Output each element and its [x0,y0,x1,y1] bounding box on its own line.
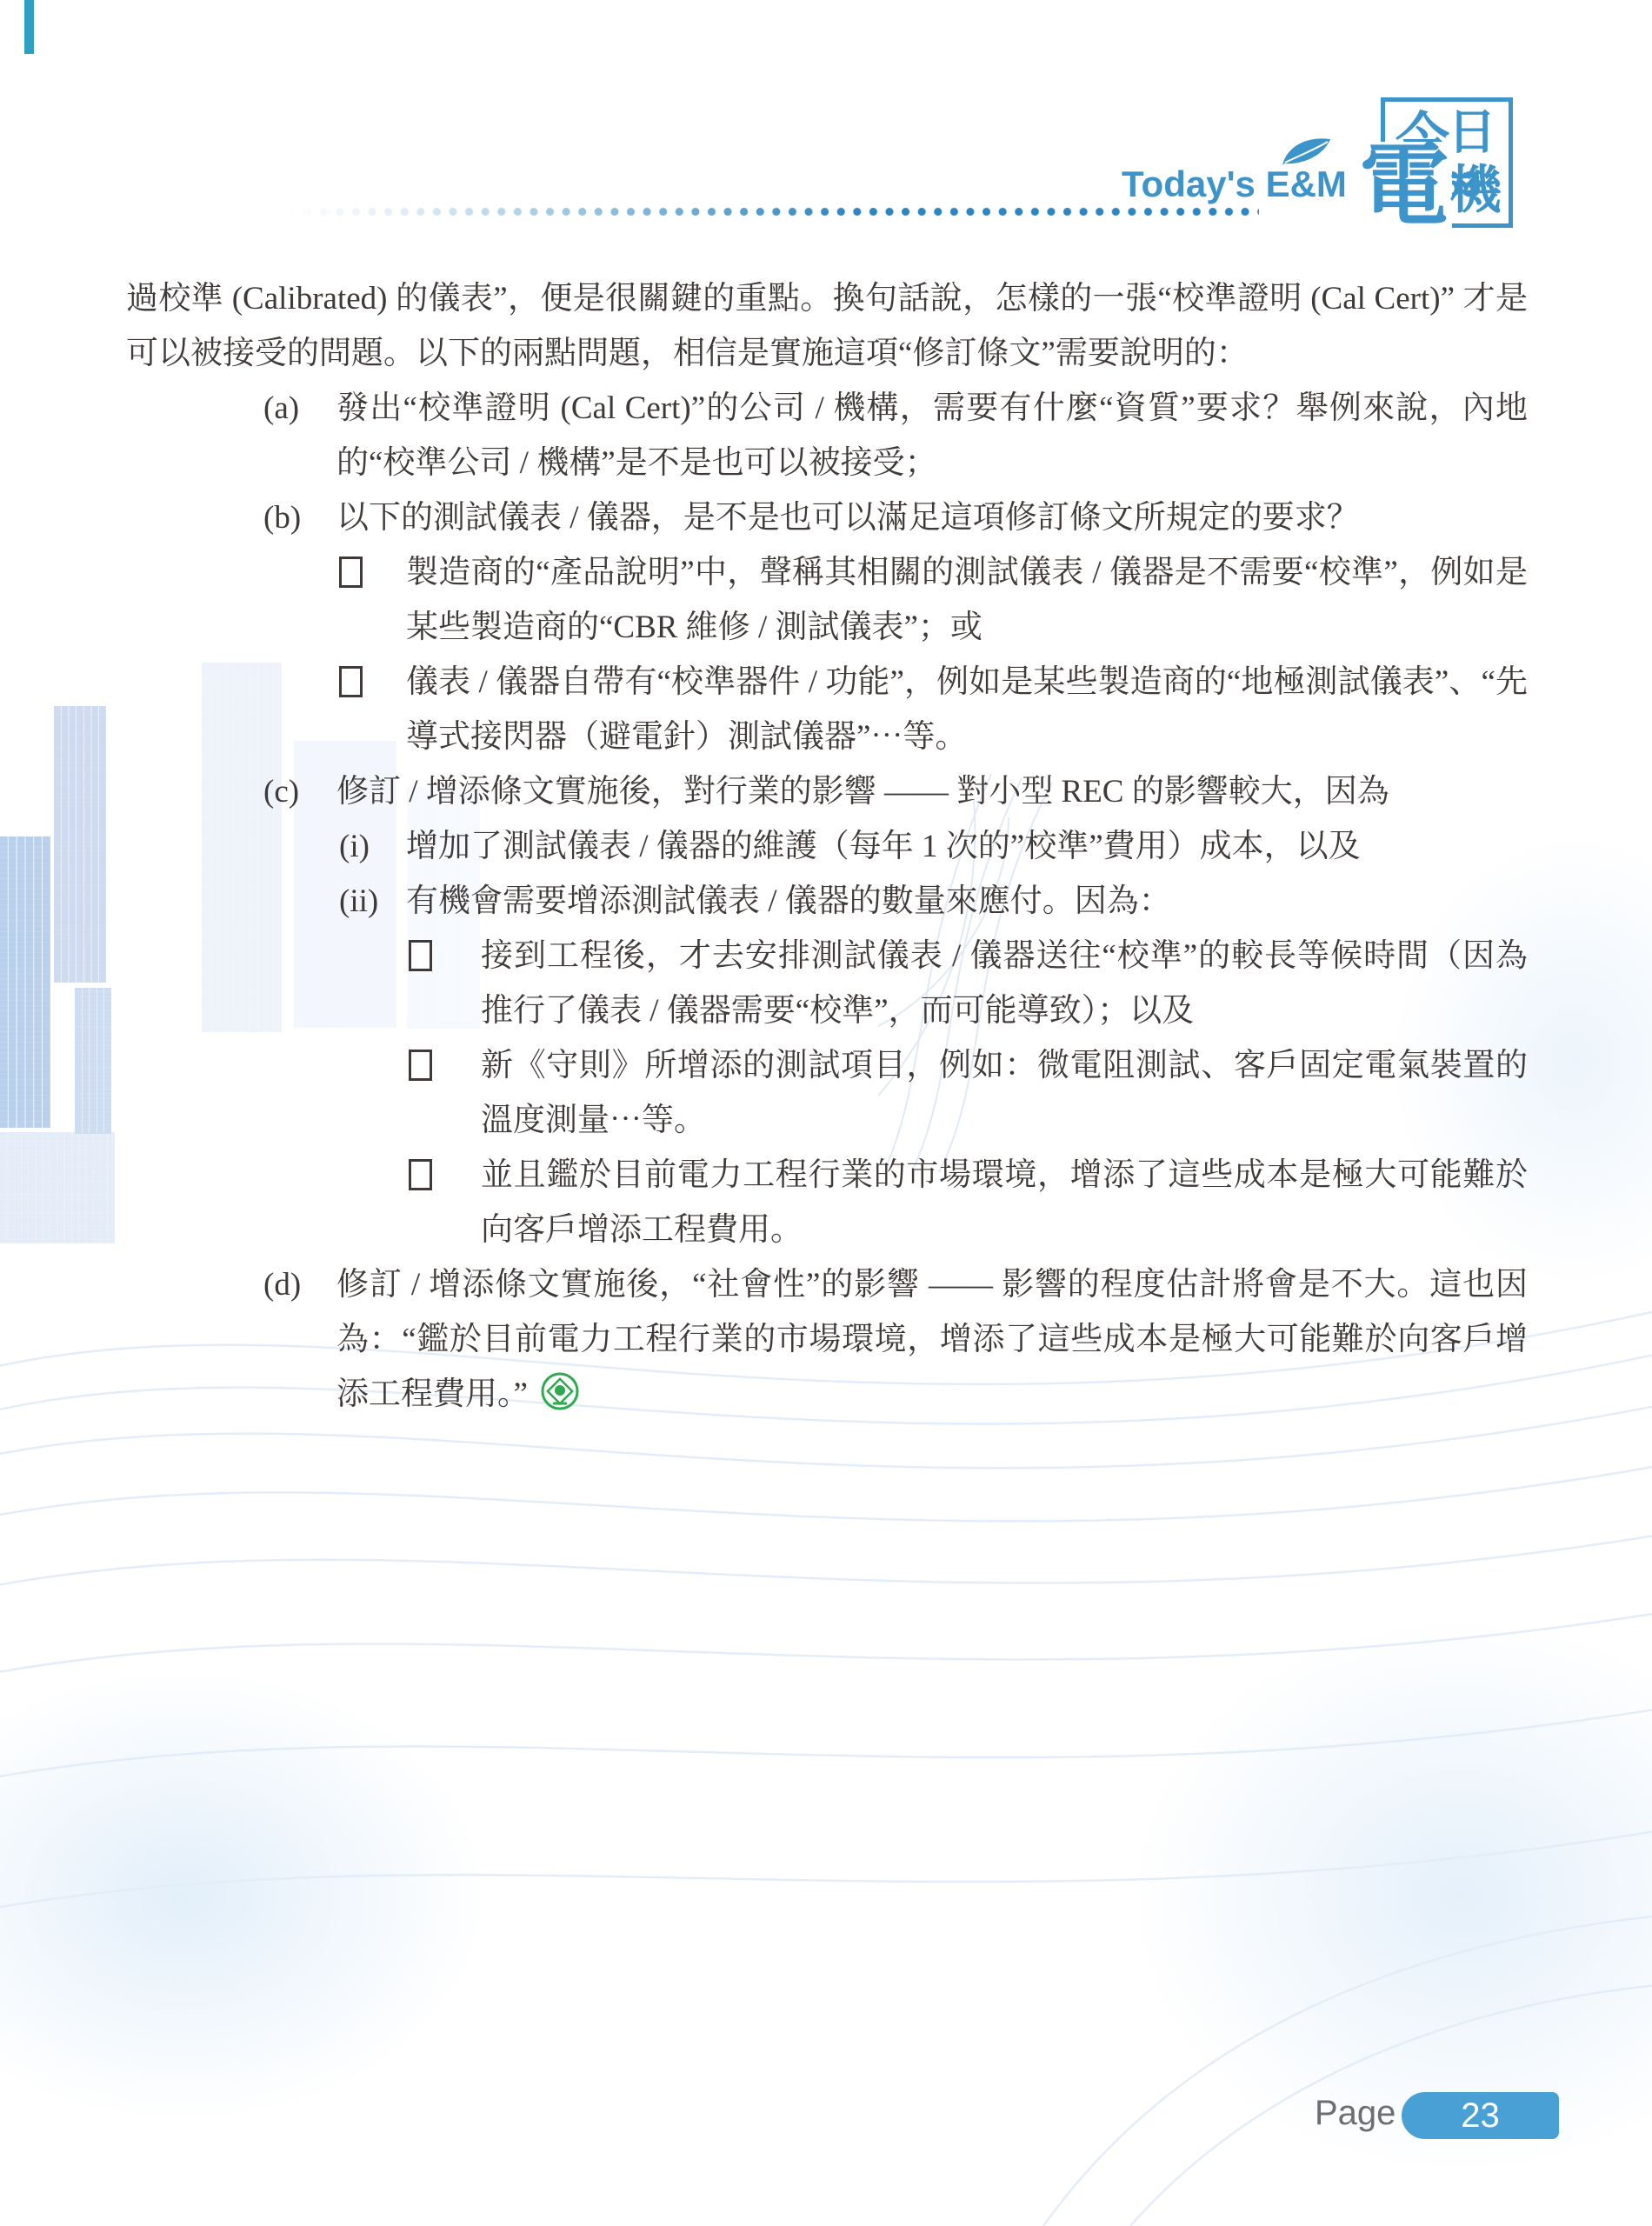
page-number-badge: 23 [1402,2092,1559,2139]
intro-paragraph: 過校準 (Calibrated) 的儀表”，便是很關鍵的重點。換句話說，怎樣的一… [126,271,1528,381]
end-of-article-icon [540,1371,580,1411]
item-marker: (i) [339,819,406,874]
list-item-c: (c) 修訂 / 增添條文實施後，對行業的影響 —— 對小型 REC 的影響較大… [126,764,1528,819]
page-label: Page [1315,2094,1396,2133]
checkbox-item: 並且鑑於目前電力工程行業的市場環境，增添了這些成本是極大可能難於向客戶增添工程費… [126,1148,1528,1257]
item-text: 修訂 / 增添條文實施後，對行業的影響 —— 對小型 REC 的影響較大，因為 [336,764,1528,819]
city-watermark [54,706,106,983]
item-text: 以下的測試儀表 / 儀器，是不是也可以滿足這項修訂條文所規定的要求？ [336,490,1528,545]
checkbox-icon [409,929,481,989]
item-marker: (d) [263,1257,336,1312]
item-text: 儀表 / 儀器自帶有“校準器件 / 功能”，例如是某些製造商的“地極測試儀表”、… [406,655,1528,764]
checkbox-icon [339,545,406,605]
checkbox-icon [409,1148,481,1208]
dotted-divider [287,207,1259,217]
logo-char: 機 [1449,164,1502,217]
item-text: 新《守則》所增添的測試項目，例如：微電阻測試、客戶固定電氣裝置的溫度測量⋯等。 [481,1038,1528,1148]
item-text: 並且鑑於目前電力工程行業的市場環境，增添了這些成本是極大可能難於向客戶增添工程費… [481,1148,1528,1257]
city-watermark [0,836,50,1128]
journal-name: Today's E&M [1122,163,1347,204]
list-item-c-ii: (ii) 有機會需要增添測試儀表 / 儀器的數量來應付。因為： [126,874,1528,929]
item-marker: (a) [263,381,336,436]
checkbox-item: 儀表 / 儀器自帶有“校準器件 / 功能”，例如是某些製造商的“地極測試儀表”、… [126,655,1528,764]
item-text: 接到工程後，才去安排測試儀表 / 儀器送往“校準”的較長等候時間（因為推行了儀表… [481,929,1528,1038]
checkbox-icon [339,655,406,715]
list-item-b: (b) 以下的測試儀表 / 儀器，是不是也可以滿足這項修訂條文所規定的要求？ [126,490,1528,545]
list-item-c-i: (i) 增加了測試儀表 / 儀器的維護（每年 1 次的”校準”費用）成本，以及 [126,819,1528,874]
magazine-logo: 今 日 電 機 [1381,97,1513,228]
item-text-content: 修訂 / 增添條文實施後，“社會性”的影響 —— 影響的程度估計將會是不大。這也… [336,1267,1528,1412]
item-text: 製造商的“產品說明”中，聲稱其相關的測試儀表 / 儀器是不需要“校準”，例如是某… [406,545,1528,655]
print-registration-mark [24,0,34,54]
list-item-d: (d) 修訂 / 增添條文實施後，“社會性”的影響 —— 影響的程度估計將會是不… [126,1257,1528,1422]
item-marker: (ii) [339,874,406,929]
masthead-title: Today's E&MVol.63 [1122,163,1356,205]
list-item-a: (a) 發出“校準證明 (Cal Cert)”的公司 / 機構，需要有什麼“資質… [126,381,1528,490]
checkbox-item: 接到工程後，才去安排測試儀表 / 儀器送往“校準”的較長等候時間（因為推行了儀表… [126,929,1528,1038]
checkbox-icon [409,1038,481,1098]
logo-char: 日 [1448,109,1496,157]
item-marker: (b) [263,490,336,545]
item-text: 增加了測試儀表 / 儀器的維護（每年 1 次的”校準”費用）成本，以及 [406,819,1528,874]
logo-char: 電 [1359,142,1452,234]
item-text: 有機會需要增添測試儀表 / 儀器的數量來應付。因為： [406,874,1528,929]
item-text: 修訂 / 增添條文實施後，“社會性”的影響 —— 影響的程度估計將會是不大。這也… [336,1257,1528,1422]
checkbox-item: 新《守則》所增添的測試項目，例如：微電阻測試、客戶固定電氣裝置的溫度測量⋯等。 [126,1038,1528,1148]
item-marker: (c) [263,764,336,819]
checkbox-item: 製造商的“產品說明”中，聲稱其相關的測試儀表 / 儀器是不需要“校準”，例如是某… [126,545,1528,655]
article-body: 過校準 (Calibrated) 的儀表”，便是很關鍵的重點。換句話說，怎樣的一… [126,271,1528,1422]
magazine-page: Today's E&MVol.63 今 日 電 機 過校準 (Calibrate… [0,0,1652,2226]
item-text: 發出“校準證明 (Cal Cert)”的公司 / 機構，需要有什麼“資質”要求？… [336,381,1528,490]
page-number: 23 [1461,2096,1500,2136]
